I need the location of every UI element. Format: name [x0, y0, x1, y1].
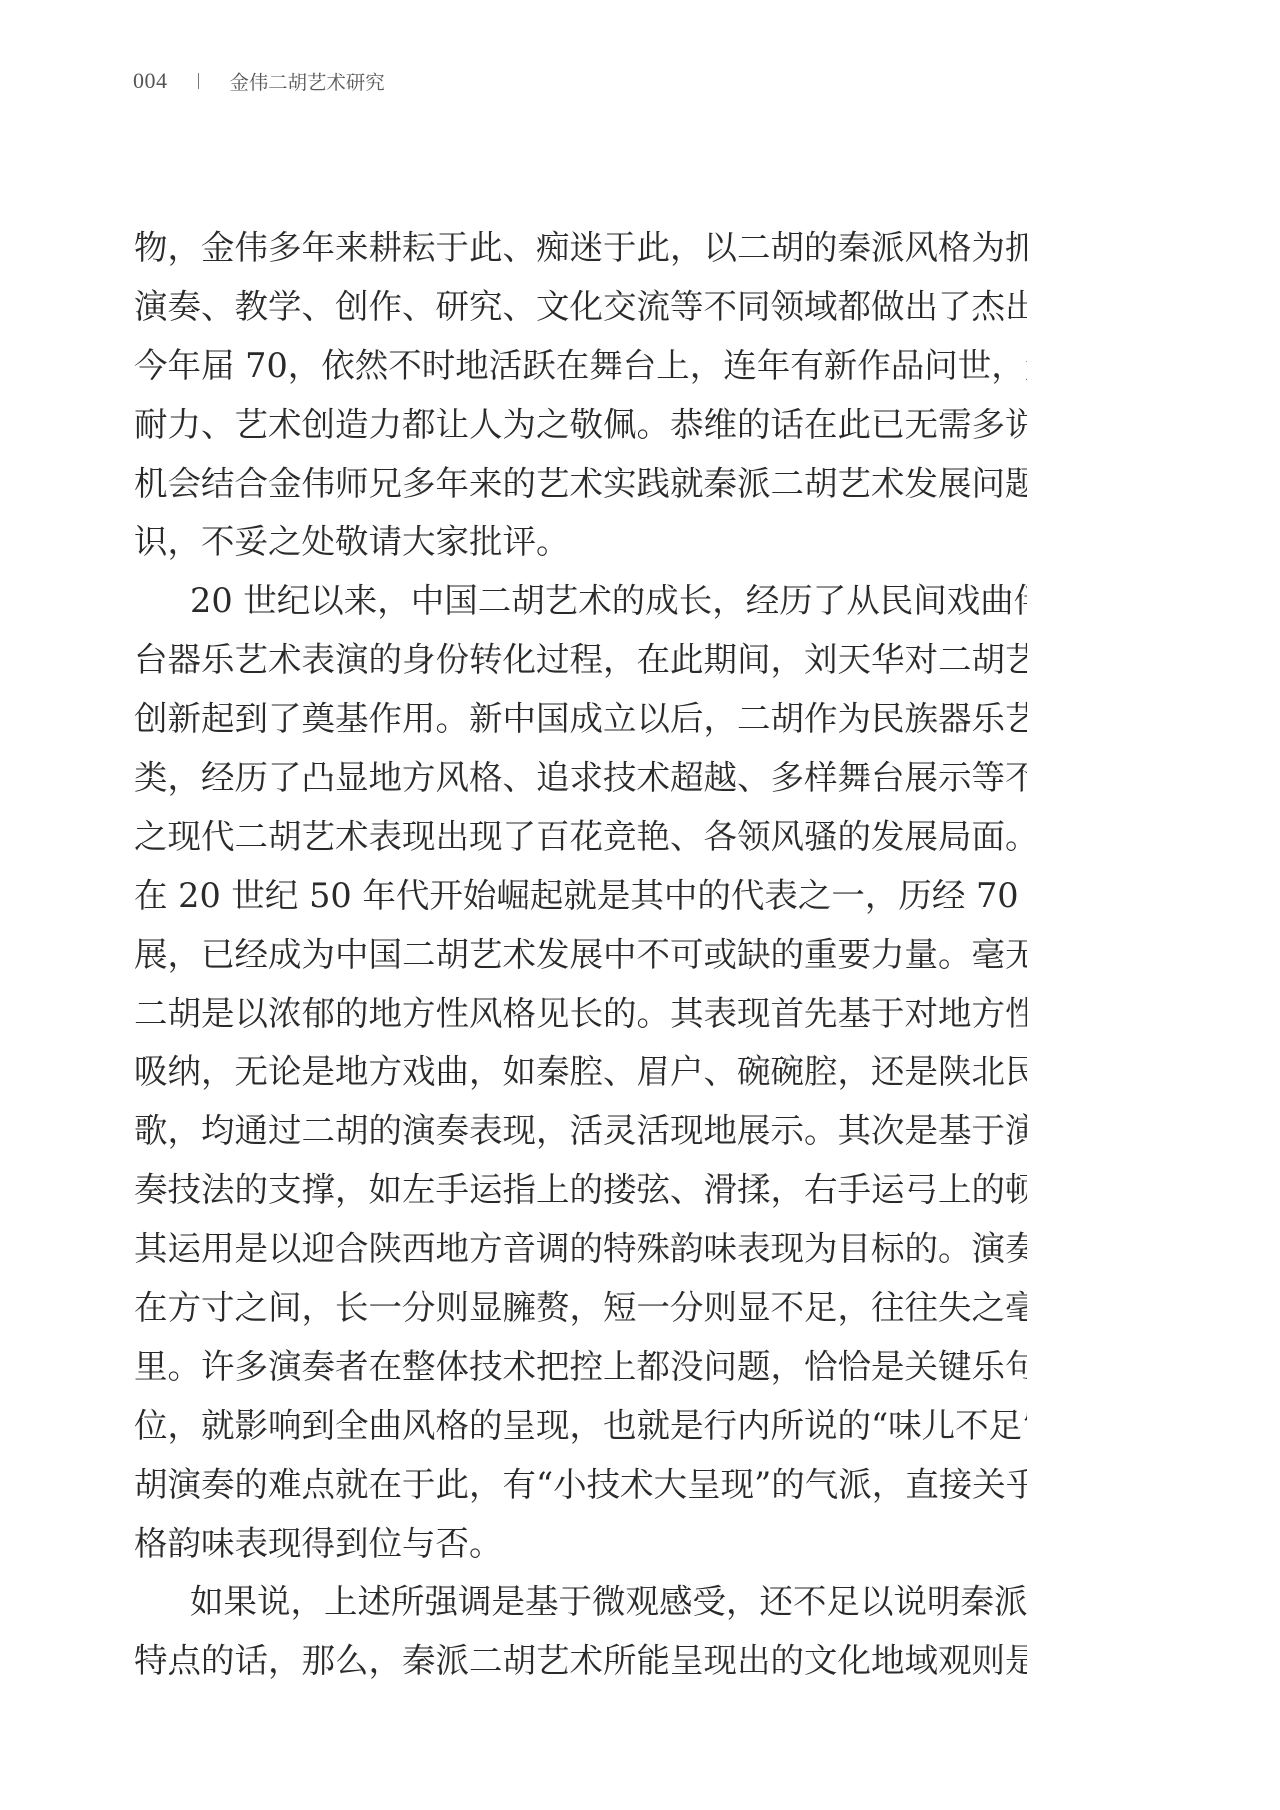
text-line: 吸纳，无论是地方戏曲，如秦腔、眉户、碗碗腔，还是陕北民歌、陕南民	[134, 1043, 1027, 1102]
text-line: 位，就影响到全曲风格的呈现，也就是行内所说的“味儿不足”。秦派二	[134, 1397, 1027, 1456]
text-line: 二胡是以浓郁的地方性风格见长的。其表现首先基于对地方性音乐素材的	[134, 985, 1027, 1044]
text-line: 创新起到了奠基作用。新中国成立以后，二胡作为民族器乐艺术的一个种	[134, 690, 1027, 749]
text-line: 类，经历了凸显地方风格、追求技术超越、多样舞台展示等不同阶段，使	[134, 749, 1027, 808]
text-line: 里。许多演奏者在整体技术把控上都没问题，恰恰是关键乐句的拿捏不到	[134, 1338, 1027, 1397]
text-line: 之现代二胡艺术表现出现了百花竞艳、各领风骚的发展局面。秦派二胡	[134, 808, 1027, 867]
paragraph: 如果说，上述所强调是基于微观感受，还不足以说明秦派二胡的风格 特点的话，那么，秦…	[134, 1573, 1027, 1691]
text-line: 台器乐艺术表演的身份转化过程，在此期间，刘天华对二胡艺术各方面的	[134, 631, 1027, 690]
text-line: 特点的话，那么，秦派二胡艺术所能呈现出的文化地域观则是其得以在二	[134, 1632, 1027, 1691]
text-line: 演奏、教学、创作、研究、文化交流等不同领域都做出了杰出的贡献，迄	[134, 278, 1027, 337]
text-line: 机会结合金伟师兄多年来的艺术实践就秦派二胡艺术发展问题谈点个人认	[134, 455, 1027, 514]
text-line: 如果说，上述所强调是基于微观感受，还不足以说明秦派二胡的风格	[134, 1573, 1027, 1632]
text-line: 歌，均通过二胡的演奏表现，活灵活现地展示。其次是基于演奏上特殊演	[134, 1102, 1027, 1161]
text-line: 奏技法的支撑，如左手运指上的搂弦、滑揉，右手运弓上的顿挫、抽动，	[134, 1161, 1027, 1220]
text-line: 今年届 70，依然不时地活跃在舞台上，连年有新作品问世，无论其艺术	[134, 337, 1027, 396]
text-line: 20 世纪以来，中国二胡艺术的成长，经历了从民间戏曲伴奏走向舞	[134, 572, 1027, 631]
text-line: 在 20 世纪 50 年代开始崛起就是其中的代表之一，历经 70 余年的积累发	[134, 867, 1027, 926]
running-header: 004 金伟二胡艺术研究	[133, 66, 385, 96]
text-line: 格韵味表现得到位与否。	[134, 1515, 1027, 1574]
text-line: 识，不妥之处敬请大家批评。	[134, 513, 1027, 572]
header-separator	[198, 73, 199, 89]
text-line: 胡演奏的难点就在于此，有“小技术大呈现”的气派，直接关乎着秦派风	[134, 1456, 1027, 1515]
running-title: 金伟二胡艺术研究	[230, 67, 385, 95]
paragraph: 物，金伟多年来耕耘于此、痴迷于此，以二胡的秦派风格为抓手，无论在 演奏、教学、创…	[134, 219, 1027, 572]
text-line: 物，金伟多年来耕耘于此、痴迷于此，以二胡的秦派风格为抓手，无论在	[134, 219, 1027, 278]
body-text: 物，金伟多年来耕耘于此、痴迷于此，以二胡的秦派风格为抓手，无论在 演奏、教学、创…	[134, 219, 1027, 1691]
text-line: 展，已经成为中国二胡艺术发展中不可或缺的重要力量。毫无疑问，秦派	[134, 926, 1027, 985]
page-number: 004	[133, 68, 168, 94]
text-line: 耐力、艺术创造力都让人为之敬佩。恭维的话在此已无需多说，我想借此	[134, 396, 1027, 455]
text-line: 其运用是以迎合陕西地方音调的特殊韵味表现为目标的。演奏中的把握就	[134, 1220, 1027, 1279]
text-line: 在方寸之间，长一分则显臃赘，短一分则显不足，往往失之毫厘差之千	[134, 1279, 1027, 1338]
paragraph: 20 世纪以来，中国二胡艺术的成长，经历了从民间戏曲伴奏走向舞 台器乐艺术表演的…	[134, 572, 1027, 1573]
